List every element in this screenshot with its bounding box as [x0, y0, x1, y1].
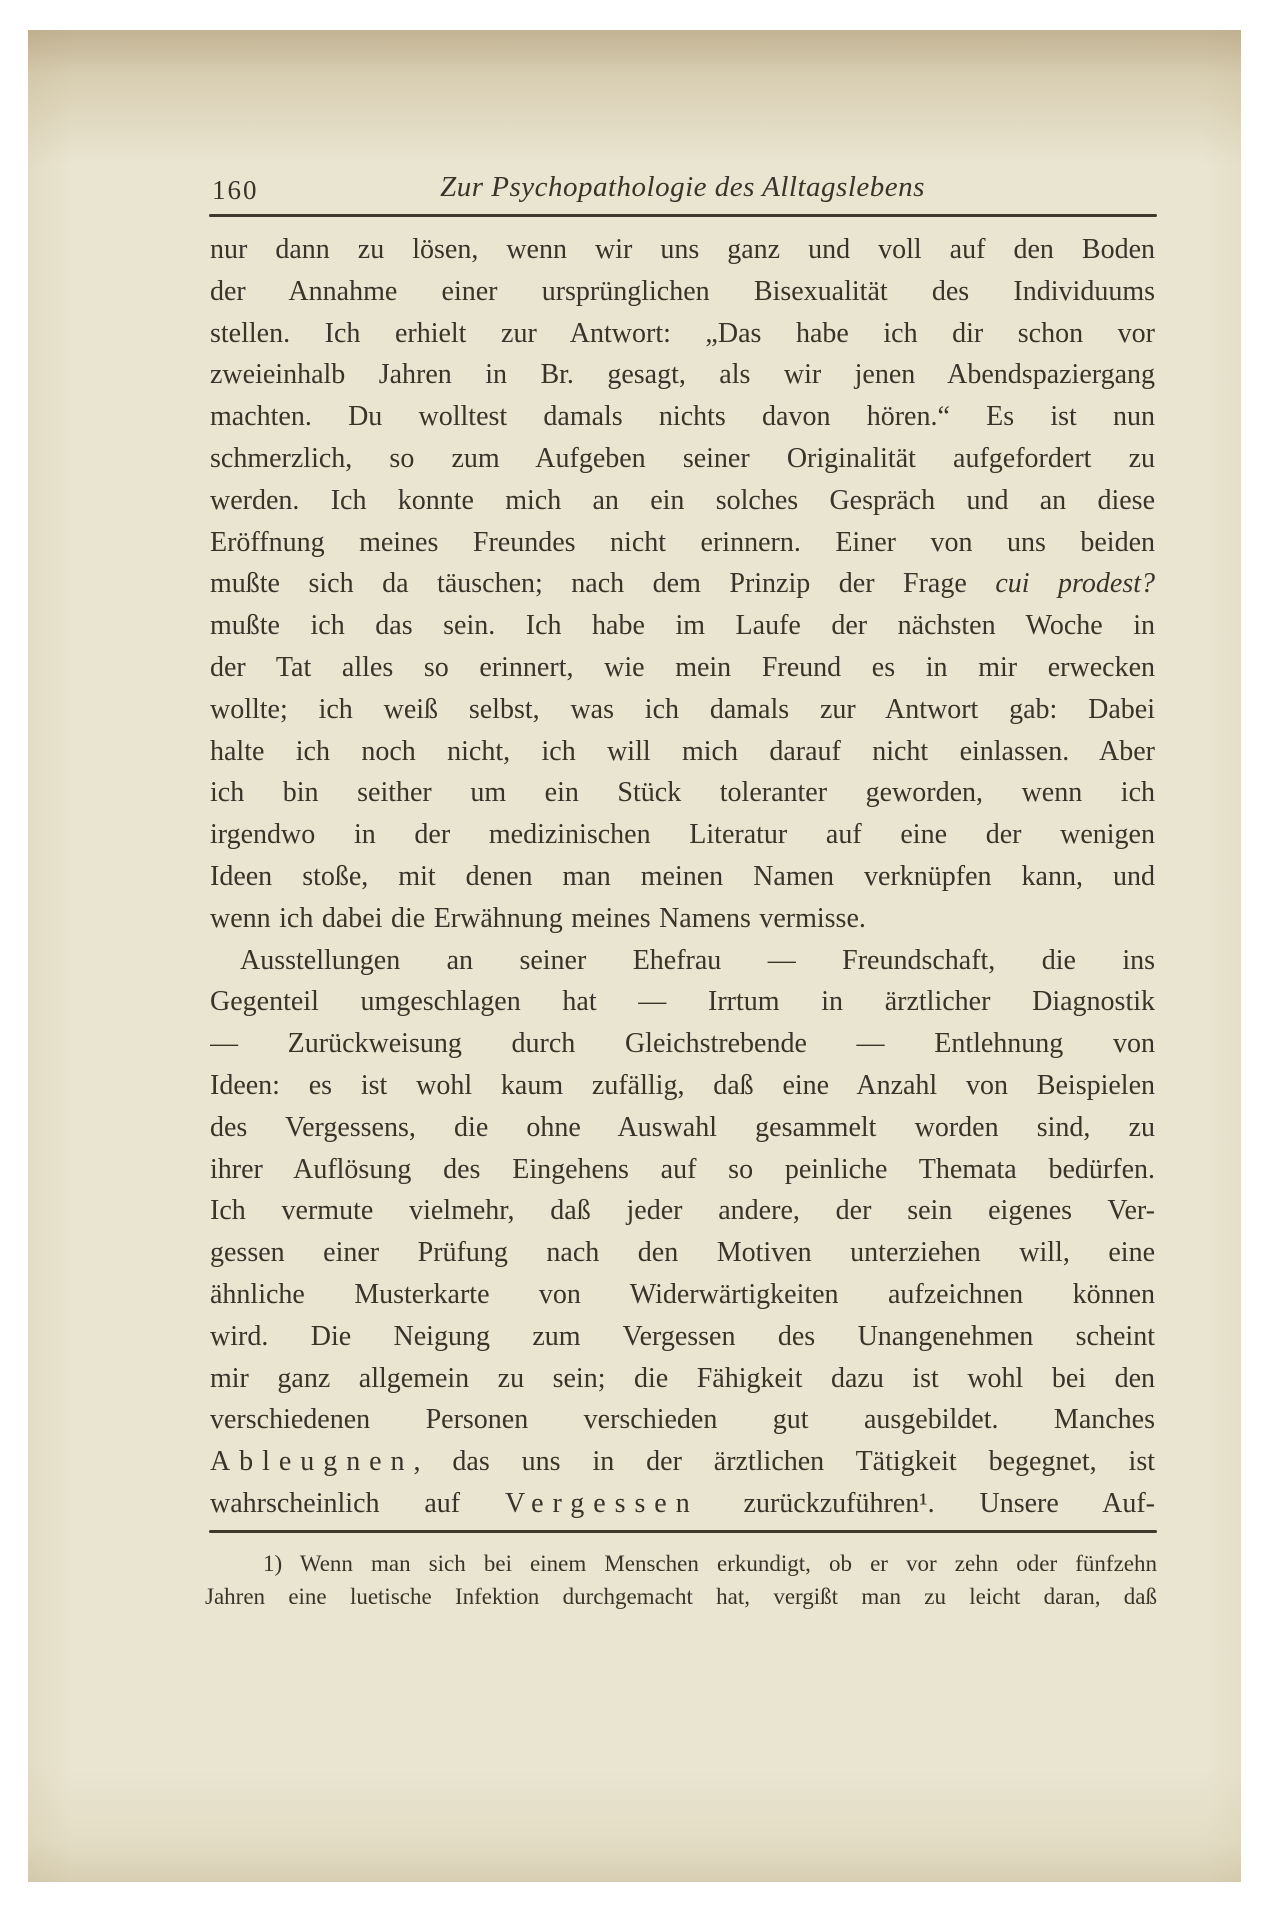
letterspaced-text-segment: Ableugnen: [210, 1446, 414, 1477]
text-line: ihrer Auflösung des Eingehens auf so pei…: [210, 1149, 1155, 1191]
text-segment: der Annahme einer ursprünglichen Bisexua…: [210, 276, 1155, 307]
text-segment: wahrscheinlich auf: [210, 1488, 505, 1519]
text-line: Gegenteil umgeschlagen hat — Irrtum in ä…: [210, 981, 1155, 1023]
text-segment: mußte sich da täuschen; nach dem Prinzip…: [210, 568, 995, 599]
text-segment: ähnliche Musterkarte von Widerwärtigkeit…: [210, 1279, 1155, 1310]
text-segment: mir ganz allgemein zu sein; die Fähigkei…: [210, 1363, 1155, 1394]
text-line: ich bin seither um ein Stück toleranter …: [210, 772, 1155, 814]
text-line: — Zurückweisung durch Gleichstrebende — …: [210, 1023, 1155, 1065]
text-line: verschiedenen Personen verschieden gut a…: [210, 1399, 1155, 1441]
text-segment: der Tat alles so erinnert, wie mein Freu…: [210, 652, 1155, 683]
text-segment: des Vergessens, die ohne Auswahl gesamme…: [210, 1112, 1155, 1143]
text-line: der Tat alles so erinnert, wie mein Freu…: [210, 647, 1155, 689]
text-line: Ableugnen, das uns in der ärztlichen Tät…: [210, 1441, 1155, 1483]
text-line: mußte sich da täuschen; nach dem Prinzip…: [210, 563, 1155, 605]
text-segment: wollte; ich weiß selbst, was ich damals …: [210, 694, 1155, 725]
text-line: wollte; ich weiß selbst, was ich damals …: [210, 689, 1155, 731]
paragraph: nur dann zu lösen, wenn wir uns ganz und…: [210, 229, 1155, 940]
text-line: mußte ich das sein. Ich habe im Laufe de…: [210, 605, 1155, 647]
text-segment: Ideen: es ist wohl kaum zufällig, daß ei…: [210, 1070, 1155, 1101]
text-segment: 1) Wenn man sich bei einem Menschen erku…: [263, 1551, 1157, 1576]
text-segment: schmerzlich, so zum Aufgeben seiner Orig…: [210, 443, 1155, 474]
text-line: Eröffnung meines Freundes nicht erinnern…: [210, 522, 1155, 564]
text-line: stellen. Ich erhielt zur Antwort: „Das h…: [210, 313, 1155, 355]
italic-text-segment: cui prodest?: [995, 568, 1155, 599]
text-segment: — Zurückweisung durch Gleichstrebende — …: [210, 1028, 1155, 1059]
paragraph: Ausstellungen an seiner Ehefrau — Freund…: [210, 940, 1155, 1525]
text-line: Jahren eine luetische Infektion durchgem…: [205, 1580, 1157, 1613]
text-segment: , das uns in der ärztlichen Tätigkeit be…: [414, 1446, 1156, 1477]
footnote-separator-rule: [209, 1530, 1157, 1533]
text-line: gessen einer Prüfung nach den Motiven un…: [210, 1232, 1155, 1274]
text-line: Ideen stoße, mit denen man meinen Namen …: [210, 856, 1155, 898]
text-line: wenn ich dabei die Erwähnung meines Name…: [210, 898, 1155, 940]
text-segment: Gegenteil umgeschlagen hat — Irrtum in ä…: [210, 986, 1155, 1017]
footnote: 1) Wenn man sich bei einem Menschen erku…: [205, 1547, 1157, 1613]
text-segment: Ich vermute vielmehr, daß jeder andere, …: [210, 1195, 1155, 1226]
header-rule: [209, 214, 1157, 217]
text-line: der Annahme einer ursprünglichen Bisexua…: [210, 271, 1155, 313]
text-line: ähnliche Musterkarte von Widerwärtigkeit…: [210, 1274, 1155, 1316]
text-segment: stellen. Ich erhielt zur Antwort: „Das h…: [210, 318, 1155, 349]
text-line: wird. Die Neigung zum Vergessen des Unan…: [210, 1316, 1155, 1358]
text-line: mir ganz allgemein zu sein; die Fähigkei…: [210, 1358, 1155, 1400]
body-text: nur dann zu lösen, wenn wir uns ganz und…: [210, 229, 1155, 1525]
text-segment: ich bin seither um ein Stück toleranter …: [210, 777, 1155, 808]
book-page-scan: 160 Zur Psychopathologie des Alltagslebe…: [28, 30, 1241, 1882]
text-segment: wird. Die Neigung zum Vergessen des Unan…: [210, 1321, 1155, 1352]
text-line: Ideen: es ist wohl kaum zufällig, daß ei…: [210, 1065, 1155, 1107]
text-line: wahrscheinlich auf Vergessen zurückzufüh…: [210, 1483, 1155, 1525]
text-line: Ausstellungen an seiner Ehefrau — Freund…: [210, 940, 1155, 982]
text-segment: nur dann zu lösen, wenn wir uns ganz und…: [210, 234, 1155, 265]
text-segment: verschiedenen Personen verschieden gut a…: [210, 1404, 1155, 1435]
text-line: irgendwo in der medizinischen Literatur …: [210, 814, 1155, 856]
text-line: 1) Wenn man sich bei einem Menschen erku…: [205, 1547, 1157, 1580]
text-segment: Ideen stoße, mit denen man meinen Namen …: [210, 861, 1155, 892]
text-segment: gessen einer Prüfung nach den Motiven un…: [210, 1237, 1155, 1268]
text-line: werden. Ich konnte mich an ein solches G…: [210, 480, 1155, 522]
text-segment: mußte ich das sein. Ich habe im Laufe de…: [210, 610, 1155, 641]
text-line: Ich vermute vielmehr, daß jeder andere, …: [210, 1190, 1155, 1232]
text-line: nur dann zu lösen, wenn wir uns ganz und…: [210, 229, 1155, 271]
running-title: Zur Psychopathologie des Alltagslebens: [210, 171, 1155, 204]
text-line: schmerzlich, so zum Aufgeben seiner Orig…: [210, 438, 1155, 480]
text-segment: halte ich noch nicht, ich will mich dara…: [210, 736, 1155, 767]
text-segment: irgendwo in der medizinischen Literatur …: [210, 819, 1155, 850]
text-line: halte ich noch nicht, ich will mich dara…: [210, 731, 1155, 773]
text-segment: wenn ich dabei die Erwähnung meines Name…: [210, 903, 866, 934]
text-segment: Ausstellungen an seiner Ehefrau — Freund…: [240, 945, 1155, 976]
text-line: zweieinhalb Jahren in Br. gesagt, als wi…: [210, 354, 1155, 396]
text-segment: Jahren eine luetische Infektion durchgem…: [205, 1584, 1157, 1609]
text-segment: zweieinhalb Jahren in Br. gesagt, als wi…: [210, 359, 1155, 390]
text-line: des Vergessens, die ohne Auswahl gesamme…: [210, 1107, 1155, 1149]
text-segment: werden. Ich konnte mich an ein solches G…: [210, 485, 1155, 516]
text-segment: machten. Du wolltest damals nichts davon…: [210, 401, 1155, 432]
text-line: machten. Du wolltest damals nichts davon…: [210, 396, 1155, 438]
text-segment: zurückzuführen¹. Unsere Auf-: [699, 1488, 1155, 1519]
text-segment: ihrer Auflösung des Eingehens auf so pei…: [210, 1154, 1155, 1185]
letterspaced-text-segment: Vergessen: [505, 1488, 699, 1519]
page-header: 160 Zur Psychopathologie des Alltagslebe…: [210, 171, 1155, 213]
text-segment: Eröffnung meines Freundes nicht erinnern…: [210, 527, 1155, 558]
